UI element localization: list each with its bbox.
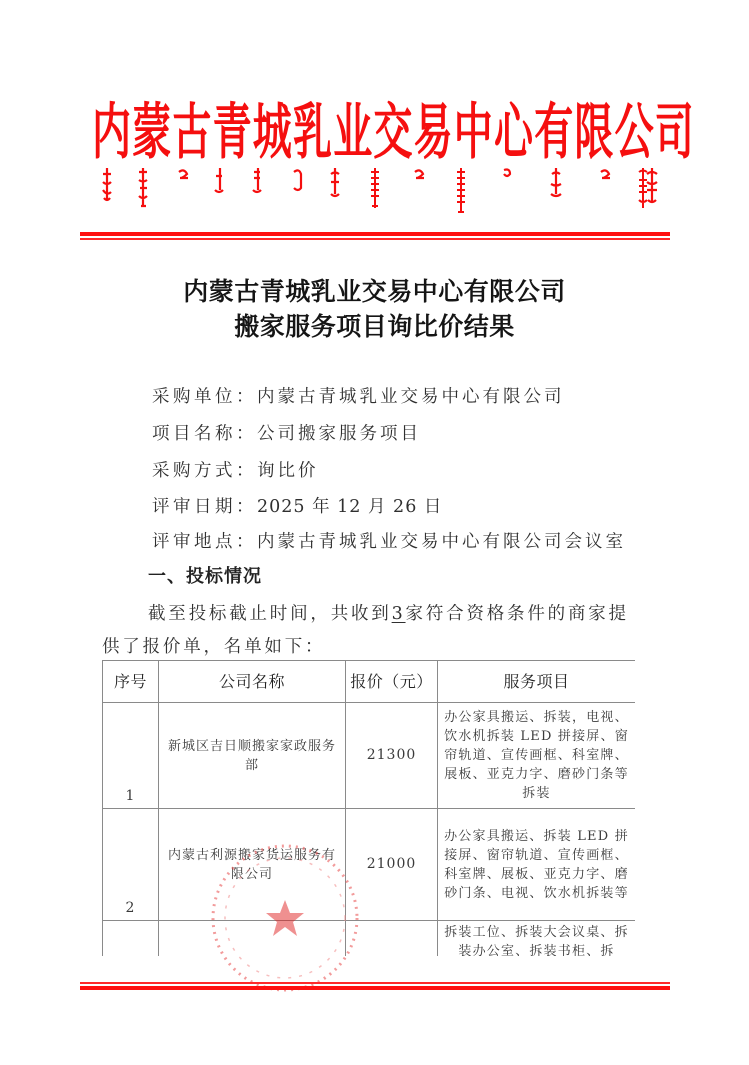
mongolian-word-glyph bbox=[328, 166, 342, 200]
cell-index bbox=[103, 921, 159, 957]
document-title-line2: 搬家服务项目询比价结果 bbox=[0, 307, 749, 343]
table-row: 2 内蒙古利源搬家货运服务有限公司 21000 办公家具搬运、拆装 LED 拼接… bbox=[103, 809, 636, 921]
cell-company: 新城区吉日顺搬家家政服务部 bbox=[159, 703, 346, 809]
info-label: 采购方式： bbox=[152, 461, 257, 481]
info-label: 评审地点： bbox=[152, 532, 257, 552]
info-value: 询比价 bbox=[257, 461, 319, 481]
table-row: 1 新城区吉日顺搬家家政服务部 21300 办公家具搬运、拆装，电视、饮水机拆装… bbox=[103, 703, 636, 809]
mongolian-word-glyph bbox=[176, 166, 190, 186]
letterhead-rule-thin bbox=[80, 238, 670, 240]
mongolian-word-glyph bbox=[136, 166, 150, 212]
mongolian-word-glyph-last bbox=[644, 166, 660, 212]
footer-rule-thin bbox=[80, 982, 670, 984]
cell-price: 21300 bbox=[346, 703, 438, 809]
info-row-method: 采购方式：询比价 bbox=[152, 457, 319, 482]
mongolian-word-glyph bbox=[500, 166, 514, 182]
mongolian-word-glyph bbox=[598, 166, 612, 186]
cell-services: 办公家具搬运、拆装 LED 拼接屏、窗帘轨道、宣传画框、科室牌、展板、亚克力字、… bbox=[438, 809, 636, 921]
mongolian-word-glyph bbox=[100, 166, 114, 206]
mongolian-word-glyph bbox=[250, 166, 264, 196]
cell-company: 内蒙古运畅搬家服务有限 bbox=[159, 921, 346, 957]
cell-index: 1 bbox=[103, 703, 159, 809]
info-value: 内蒙古青城乳业交易中心有限公司 bbox=[257, 387, 565, 407]
table-row: 内蒙古运畅搬家服务有限 23800 拆装工位、拆装大会议桌、拆装办公室、拆装书柜… bbox=[103, 921, 636, 957]
header-company: 公司名称 bbox=[159, 661, 346, 703]
header-price: 报价（元） bbox=[346, 661, 438, 703]
section-heading: 一、投标情况 bbox=[148, 562, 262, 588]
section-paragraph-line2: 供了报价单，名单如下： bbox=[102, 633, 642, 658]
document-title-line1: 内蒙古青城乳业交易中心有限公司 bbox=[0, 272, 749, 308]
footer-rule-thick bbox=[80, 986, 670, 990]
para-suffix: 家符合资格条件的商家提 bbox=[406, 604, 629, 624]
info-row-date: 评审日期：2025 年 12 月 26 日 bbox=[152, 493, 442, 518]
para-prefix: 截至投标截止时间，共收到 bbox=[148, 604, 392, 624]
mongolian-word-glyph bbox=[368, 166, 382, 212]
mongolian-word-glyph bbox=[548, 166, 564, 200]
info-row-purchaser: 采购单位：内蒙古青城乳业交易中心有限公司 bbox=[152, 383, 565, 408]
letterhead-rule-thick bbox=[80, 232, 670, 236]
cell-price: 21000 bbox=[346, 809, 438, 921]
info-row-project-name: 项目名称：公司搬家服务项目 bbox=[152, 420, 421, 445]
info-value: 公司搬家服务项目 bbox=[257, 424, 421, 444]
mongolian-word-glyph bbox=[290, 166, 304, 196]
vendor-count: 3 bbox=[392, 604, 406, 624]
cell-index: 2 bbox=[103, 809, 159, 921]
info-value: 2025 年 12 月 26 日 bbox=[257, 497, 442, 517]
mongolian-word-glyph bbox=[454, 166, 468, 216]
cell-price: 23800 bbox=[346, 921, 438, 957]
info-label: 评审日期： bbox=[152, 497, 257, 517]
cell-services: 办公家具搬运、拆装，电视、饮水机拆装 LED 拼接屏、窗帘轨道、宣传画框、科室牌… bbox=[438, 703, 636, 809]
bid-table: 序号 公司名称 报价（元） 服务项目 1 新城区吉日顺搬家家政服务部 21300… bbox=[102, 660, 635, 956]
cell-services: 拆装工位、拆装大会议桌、拆装办公室、拆装书柜、拆 bbox=[438, 921, 636, 957]
letterhead-mongolian-script bbox=[96, 166, 666, 216]
mongolian-word-glyph bbox=[212, 166, 226, 196]
info-value: 内蒙古青城乳业交易中心有限公司会议室 bbox=[257, 532, 626, 552]
table-header-row: 序号 公司名称 报价（元） 服务项目 bbox=[103, 661, 636, 703]
mongolian-word-glyph bbox=[412, 166, 426, 186]
cell-company: 内蒙古利源搬家货运服务有限公司 bbox=[159, 809, 346, 921]
info-label: 采购单位： bbox=[152, 387, 257, 407]
section-paragraph-line1: 截至投标截止时间，共收到3家符合资格条件的商家提 bbox=[148, 600, 688, 625]
header-index: 序号 bbox=[103, 661, 159, 703]
header-services: 服务项目 bbox=[438, 661, 636, 703]
info-row-location: 评审地点：内蒙古青城乳业交易中心有限公司会议室 bbox=[152, 528, 626, 553]
info-label: 项目名称： bbox=[152, 424, 257, 444]
